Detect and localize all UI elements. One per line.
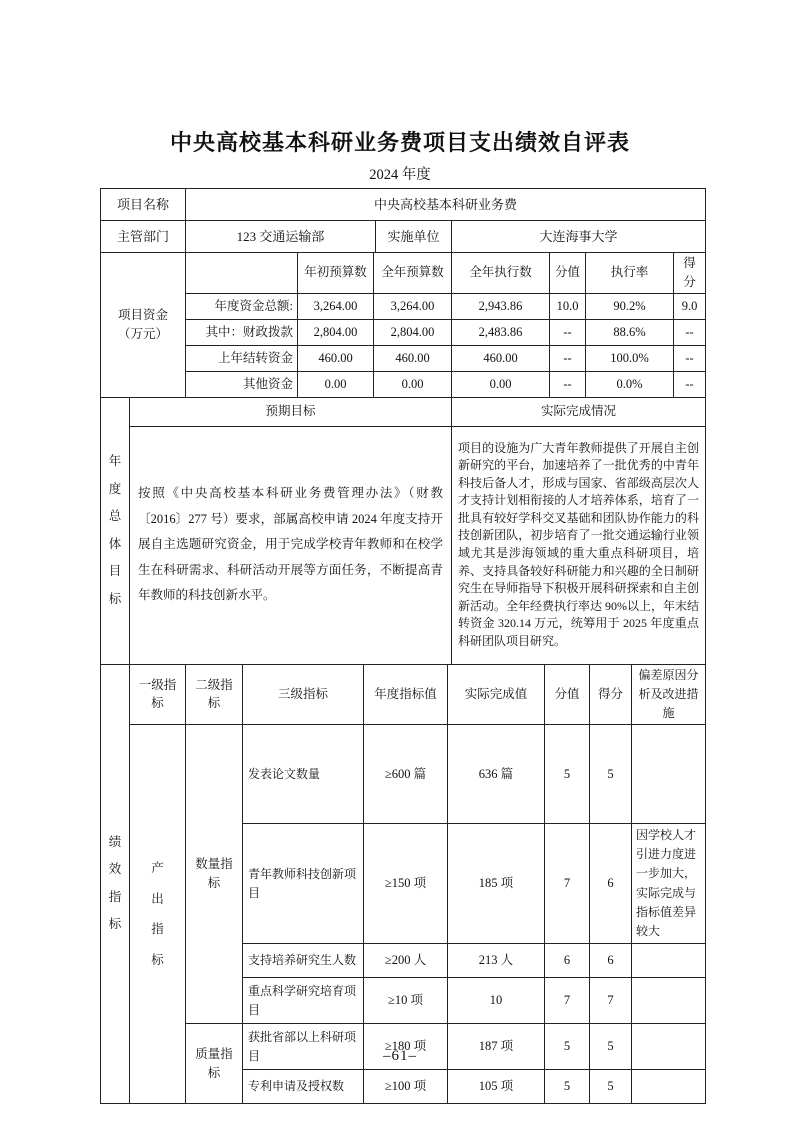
unit-label: 实施单位 bbox=[376, 221, 452, 253]
indicator-points: 5 bbox=[545, 1070, 590, 1104]
header-points: 分值 bbox=[545, 664, 590, 725]
indicator-points: 7 bbox=[545, 824, 590, 944]
indicator-score: 7 bbox=[590, 978, 632, 1024]
funding-rate: 90.2% bbox=[586, 293, 674, 319]
funding-initial: 2,804.00 bbox=[298, 319, 374, 345]
indicator-name: 重点科学研究培育项目 bbox=[243, 978, 364, 1024]
funding-score: -- bbox=[674, 345, 706, 371]
funding-executed: 0.00 bbox=[452, 371, 550, 397]
table-row: 项目资金 （万元） 年初预算数 全年预算数 全年执行数 分值 执行率 得分 bbox=[101, 253, 706, 294]
indicator-score: 6 bbox=[590, 944, 632, 978]
indicator-name: 支持培养研究生人数 bbox=[243, 944, 364, 978]
actual-result-header: 实际完成情况 bbox=[452, 397, 706, 426]
indicators-side-label: 绩效指标 bbox=[101, 664, 130, 1104]
unit-value: 大连海事大学 bbox=[452, 221, 706, 253]
expected-goal-header: 预期目标 bbox=[130, 397, 452, 426]
indicator-score: 5 bbox=[590, 725, 632, 824]
table-row: 年度总体目标 预期目标 实际完成情况 bbox=[101, 397, 706, 426]
level2-quantity-label: 数量指标 bbox=[186, 725, 243, 1024]
indicator-target: ≥150 项 bbox=[364, 824, 448, 944]
table-row: 其他资金 0.00 0.00 0.00 -- 0.0% -- bbox=[101, 371, 706, 397]
indicator-actual: 105 项 bbox=[448, 1070, 545, 1104]
funding-score: 9.0 bbox=[674, 293, 706, 319]
annual-goal-side-label-text: 年度总体目标 bbox=[108, 448, 121, 613]
funding-annual: 2,804.00 bbox=[374, 319, 452, 345]
table-row: 按照《中央高校基本科研业务费管理办法》（财教〔2016〕277 号）要求，部属高… bbox=[101, 426, 706, 664]
evaluation-form: 项目名称 中央高校基本科研业务费 主管部门 123 交通运输部 实施单位 大连海… bbox=[100, 188, 705, 1104]
funding-header-executed: 全年执行数 bbox=[452, 253, 550, 294]
indicator-deviation bbox=[632, 1070, 706, 1104]
funding-executed: 2,483.86 bbox=[452, 319, 550, 345]
actual-result-text: 项目的设施为广大青年教师提供了开展自主创新研究的平台，加速培养了一批优秀的中青年… bbox=[452, 426, 706, 664]
table-row: 主管部门 123 交通运输部 实施单位 大连海事大学 bbox=[101, 221, 706, 253]
page-title: 中央高校基本科研业务费项目支出绩效自评表 bbox=[0, 126, 800, 157]
table-row: 年度资金总额: 3,264.00 3,264.00 2,943.86 10.0 … bbox=[101, 293, 706, 319]
funding-score: -- bbox=[674, 319, 706, 345]
header-level2: 二级指标 bbox=[186, 664, 243, 725]
table-row: 绩效指标 一级指标 二级指标 三级指标 年度指标值 实际完成值 分值 得分 偏差… bbox=[101, 664, 706, 725]
header-level3: 三级指标 bbox=[243, 664, 364, 725]
project-name-label: 项目名称 bbox=[101, 189, 186, 221]
table-row: 项目名称 中央高校基本科研业务费 bbox=[101, 189, 706, 221]
header-target: 年度指标值 bbox=[364, 664, 448, 725]
annual-goal-table: 年度总体目标 预期目标 实际完成情况 按照《中央高校基本科研业务费管理办法》（财… bbox=[100, 397, 706, 665]
indicators-side-label-text: 绩效指标 bbox=[108, 829, 121, 939]
funding-annual: 3,264.00 bbox=[374, 293, 452, 319]
expected-goal-text: 按照《中央高校基本科研业务费管理办法》（财教〔2016〕277 号）要求，部属高… bbox=[130, 426, 452, 664]
dept-label: 主管部门 bbox=[101, 221, 186, 253]
funding-header-points: 分值 bbox=[550, 253, 586, 294]
project-name-value: 中央高校基本科研业务费 bbox=[186, 189, 706, 221]
indicator-score: 6 bbox=[590, 824, 632, 944]
indicator-deviation bbox=[632, 725, 706, 824]
indicator-points: 7 bbox=[545, 978, 590, 1024]
funding-initial: 3,264.00 bbox=[298, 293, 374, 319]
level1-output-label-text: 产出指标 bbox=[151, 853, 164, 976]
funding-annual: 0.00 bbox=[374, 371, 452, 397]
funding-points: -- bbox=[550, 371, 586, 397]
funding-empty-cell bbox=[186, 253, 298, 294]
funding-table: 项目资金 （万元） 年初预算数 全年预算数 全年执行数 分值 执行率 得分 年度… bbox=[100, 252, 706, 398]
dept-value: 123 交通运输部 bbox=[186, 221, 376, 253]
table-row: 产出指标 数量指标 发表论文数量 ≥600 篇 636 篇 5 5 bbox=[101, 725, 706, 824]
indicator-name: 青年教师科技创新项目 bbox=[243, 824, 364, 944]
funding-header-initial: 年初预算数 bbox=[298, 253, 374, 294]
indicator-deviation bbox=[632, 978, 706, 1024]
funding-header-annual: 全年预算数 bbox=[374, 253, 452, 294]
page-number: –61– bbox=[0, 1048, 800, 1065]
indicator-actual: 10 bbox=[448, 978, 545, 1024]
header-score: 得分 bbox=[590, 664, 632, 725]
funding-row-label: 其他资金 bbox=[186, 371, 298, 397]
funding-rate: 0.0% bbox=[586, 371, 674, 397]
indicator-name: 发表论文数量 bbox=[243, 725, 364, 824]
annual-goal-side-label: 年度总体目标 bbox=[101, 397, 130, 664]
funding-executed: 460.00 bbox=[452, 345, 550, 371]
indicator-target: ≥200 人 bbox=[364, 944, 448, 978]
funding-header-rate: 执行率 bbox=[586, 253, 674, 294]
funding-initial: 0.00 bbox=[298, 371, 374, 397]
funding-row-label: 上年结转资金 bbox=[186, 345, 298, 371]
document-page: 中央高校基本科研业务费项目支出绩效自评表 2024 年度 项目名称 中央高校基本… bbox=[0, 0, 800, 1131]
indicator-actual: 636 篇 bbox=[448, 725, 545, 824]
header-actual: 实际完成值 bbox=[448, 664, 545, 725]
funding-executed: 2,943.86 bbox=[452, 293, 550, 319]
funding-points: -- bbox=[550, 345, 586, 371]
funding-initial: 460.00 bbox=[298, 345, 374, 371]
indicator-deviation bbox=[632, 944, 706, 978]
funding-rate: 88.6% bbox=[586, 319, 674, 345]
funding-header-score: 得分 bbox=[674, 253, 706, 294]
indicator-name: 专利申请及授权数 bbox=[243, 1070, 364, 1104]
indicators-table: 绩效指标 一级指标 二级指标 三级指标 年度指标值 实际完成值 分值 得分 偏差… bbox=[100, 664, 706, 1105]
funding-points: 10.0 bbox=[550, 293, 586, 319]
indicator-points: 5 bbox=[545, 725, 590, 824]
funding-section-label: 项目资金 （万元） bbox=[101, 253, 186, 398]
header-level1: 一级指标 bbox=[130, 664, 186, 725]
funding-row-label: 其中：财政拨款 bbox=[186, 319, 298, 345]
indicator-score: 5 bbox=[590, 1070, 632, 1104]
indicator-target: ≥600 篇 bbox=[364, 725, 448, 824]
indicator-deviation: 因学校人才引进力度进一步加大，实际完成与指标值差异较大 bbox=[632, 824, 706, 944]
indicator-target: ≥100 项 bbox=[364, 1070, 448, 1104]
table-row: 其中：财政拨款 2,804.00 2,804.00 2,483.86 -- 88… bbox=[101, 319, 706, 345]
indicator-target: ≥10 项 bbox=[364, 978, 448, 1024]
funding-points: -- bbox=[550, 319, 586, 345]
indicator-actual: 185 项 bbox=[448, 824, 545, 944]
funding-score: -- bbox=[674, 371, 706, 397]
page-subtitle: 2024 年度 bbox=[0, 163, 800, 184]
funding-rate: 100.0% bbox=[586, 345, 674, 371]
table-row: 上年结转资金 460.00 460.00 460.00 -- 100.0% -- bbox=[101, 345, 706, 371]
project-info-table: 项目名称 中央高校基本科研业务费 主管部门 123 交通运输部 实施单位 大连海… bbox=[100, 188, 706, 253]
funding-annual: 460.00 bbox=[374, 345, 452, 371]
level1-output-label: 产出指标 bbox=[130, 725, 186, 1104]
funding-row-label: 年度资金总额: bbox=[186, 293, 298, 319]
header-deviation: 偏差原因分析及改进措施 bbox=[632, 664, 706, 725]
indicator-actual: 213 人 bbox=[448, 944, 545, 978]
indicator-points: 6 bbox=[545, 944, 590, 978]
